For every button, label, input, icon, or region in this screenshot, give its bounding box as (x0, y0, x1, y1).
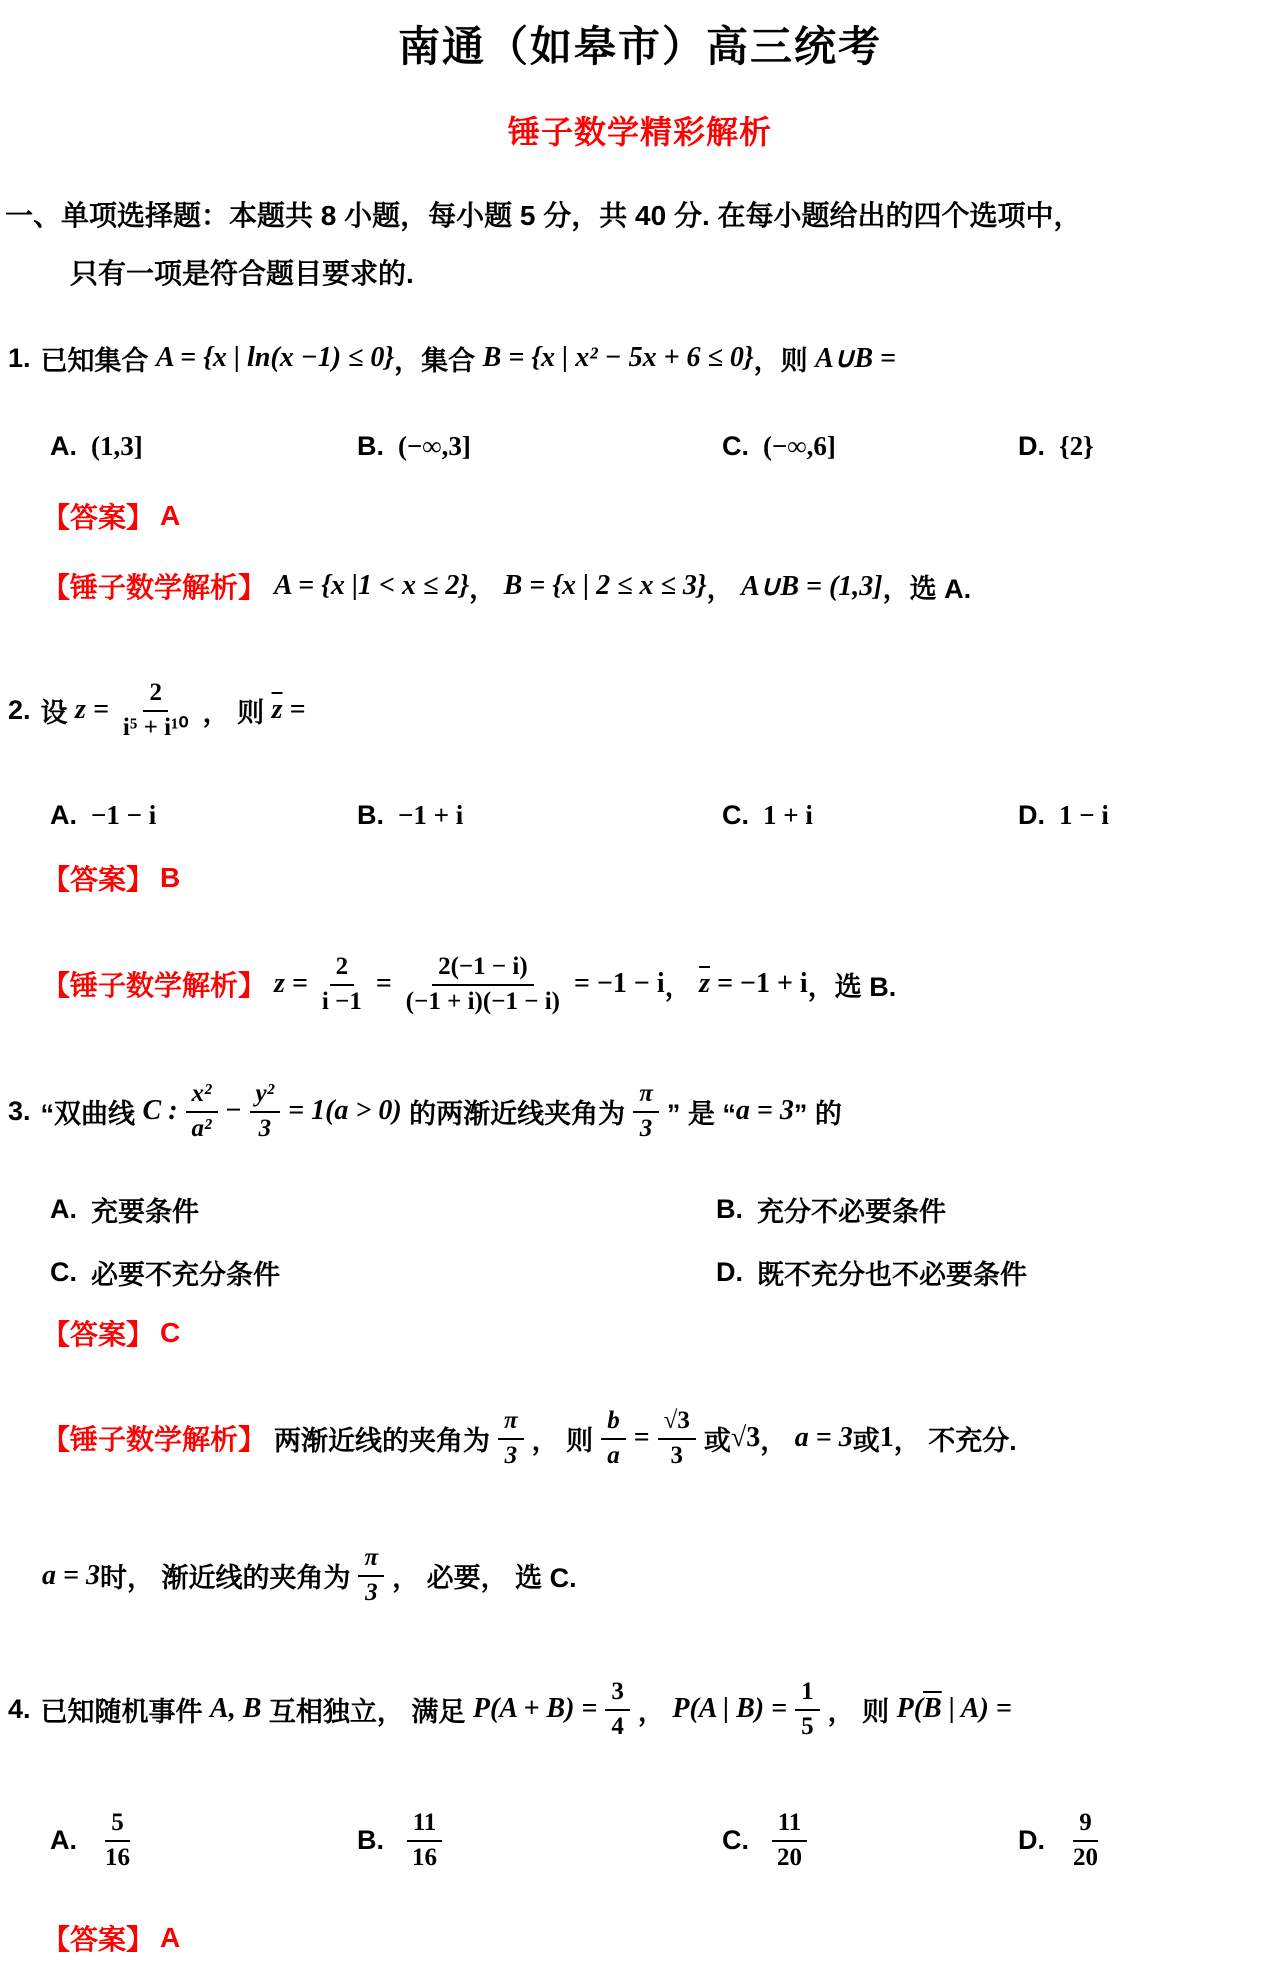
stem-text: ， 则 (828, 1690, 897, 1729)
option-letter: C. (722, 800, 749, 831)
z-conjugate: z (699, 968, 710, 1000)
fraction-numerator: 1 (795, 1677, 820, 1711)
fraction-denominator: 3 (634, 1113, 659, 1144)
answer-label: 【答案】 (42, 1918, 154, 1958)
question-2-stem: 2. 设 z = 2 i⁵ + i¹⁰ ， 则 z = (8, 652, 305, 768)
option-value: 1 + i (763, 800, 813, 831)
analysis-formula: A = {x |1 < x ≤ 2} (274, 570, 469, 602)
option-letter: C. (722, 1825, 749, 1856)
analysis-formula: = (376, 968, 392, 1000)
fraction-denominator: 5 (795, 1711, 820, 1742)
fraction: b a (601, 1406, 626, 1471)
fraction-numerator: x² (186, 1079, 218, 1113)
fraction: 2 i −1 (316, 952, 368, 1017)
option-value: 充要条件 (91, 1190, 199, 1229)
analysis-text: ，选 A. (883, 567, 972, 606)
section-text: 一、单项选择题：本题共 8 小题，每小题 5 分，共 40 分. 在每小题给出的… (5, 194, 1082, 234)
analysis-text: ， (760, 1419, 795, 1458)
question-3-options-row2: C. 必要不充分条件 D. 既不充分也不必要条件 (50, 1251, 1280, 1293)
option-b: B. (−∞,3] (357, 431, 722, 462)
document-subheader: 锤子数学精彩解析 (0, 108, 1280, 152)
question-4-stem: 4. 已知随机事件 A, B 互相独立， 满足 P(A + B) = 3 4 ，… (8, 1653, 1012, 1765)
analysis-formula: 1 (880, 1422, 894, 1454)
analysis-formula: a = 3 (42, 1560, 100, 1592)
fraction: √3 3 (658, 1406, 696, 1471)
fraction-denominator: i⁵ + i¹⁰ (117, 712, 195, 743)
option-value: −1 − i (91, 800, 156, 831)
question-1-analysis: 【锤子数学解析】 A = {x |1 < x ≤ 2} ， B = {x | 2… (42, 563, 971, 609)
option-b: B. 充分不必要条件 (716, 1190, 1280, 1229)
fraction-denominator: a (601, 1440, 626, 1471)
stem-text: ， 则 (203, 691, 272, 730)
fraction-numerator: 3 (605, 1677, 630, 1711)
analysis-label: 【锤子数学解析】 (42, 1418, 266, 1458)
stem-text: 已知集合 (41, 339, 157, 378)
fraction: 11 16 (406, 1808, 443, 1873)
question-4-answer: 【答案】 A (42, 1918, 180, 1958)
page-title: 南通（如皋市）高三统考 (398, 14, 882, 74)
option-value: 充分不必要条件 (757, 1190, 946, 1229)
analysis-text: ， (469, 567, 504, 606)
option-letter: D. (1018, 431, 1045, 462)
analysis-formula: a = 3 (795, 1422, 853, 1454)
option-letter: A. (50, 800, 77, 831)
analysis-text: 或 (704, 1419, 731, 1458)
question-number: 4. (8, 1694, 31, 1725)
question-2-analysis: 【锤子数学解析】 z = 2 i −1 = 2(−1 − i) (−1 + i)… (42, 925, 896, 1043)
option-d: D. 9 20 (1018, 1808, 1112, 1873)
fraction: π 3 (498, 1406, 524, 1471)
section-instruction-line1: 一、单项选择题：本题共 8 小题，每小题 5 分，共 40 分. 在每小题给出的… (5, 194, 1082, 234)
answer-value: C (160, 1317, 180, 1349)
option-letter: B. (357, 1825, 384, 1856)
fraction-numerator: π (633, 1079, 659, 1113)
answer-value: A (160, 1922, 180, 1954)
fraction: 9 20 (1067, 1808, 1104, 1873)
fraction-denominator: 20 (771, 1842, 808, 1873)
option-b: B. 11 16 (357, 1808, 722, 1873)
stem-text: ” 是 “ (667, 1092, 736, 1131)
option-value: 既不充分也不必要条件 (757, 1253, 1027, 1292)
option-value: {2} (1059, 431, 1094, 462)
fraction-denominator: 16 (406, 1842, 443, 1873)
option-letter: B. (357, 431, 384, 462)
fraction-denominator: 20 (1067, 1842, 1104, 1873)
option-letter: A. (50, 1825, 77, 1856)
fraction-numerator: y² (250, 1079, 281, 1113)
fraction: π 3 (358, 1543, 384, 1608)
analysis-text: 或 (853, 1419, 880, 1458)
question-2-answer: 【答案】 B (42, 858, 180, 898)
fraction: 11 20 (771, 1808, 808, 1873)
z-conjugate: z (272, 694, 283, 726)
analysis-text: ， 则 (532, 1419, 594, 1458)
stem-formula: a = 3 (736, 1095, 794, 1127)
question-1-options: A. (1,3] B. (−∞,3] C. (−∞,6] D. {2} (50, 424, 1280, 468)
analysis-text: ， (665, 965, 700, 1004)
option-value: (−∞,6] (763, 431, 836, 462)
option-c: C. 11 20 (722, 1808, 1018, 1873)
question-3-analysis-line2: a = 3 时， 渐近线的夹角为 π 3 ， 必要， 选 C. (42, 1528, 577, 1623)
analysis-formula: = −1 + i (710, 968, 808, 1000)
exam-document-page: 南通（如皋市）高三统考 锤子数学精彩解析 一、单项选择题：本题共 8 小题，每小… (0, 0, 1280, 1982)
option-d: D. 既不充分也不必要条件 (716, 1253, 1280, 1292)
fraction-numerator: 2 (330, 952, 355, 986)
option-letter: C. (50, 1257, 77, 1288)
stem-formula: = 1(a > 0) (288, 1095, 402, 1127)
option-value: 1 − i (1059, 800, 1109, 831)
analysis-text: 时， 渐近线的夹角为 (100, 1556, 351, 1595)
fraction-denominator: 4 (605, 1711, 630, 1742)
fraction-numerator: b (601, 1406, 626, 1440)
stem-text: 已知随机事件 (41, 1690, 211, 1729)
option-letter: D. (1018, 800, 1045, 831)
page-subtitle: 锤子数学精彩解析 (508, 107, 772, 153)
analysis-label: 【锤子数学解析】 (42, 566, 266, 606)
question-3-options-row1: A. 充要条件 B. 充分不必要条件 (50, 1188, 1280, 1230)
fraction-numerator: π (498, 1406, 524, 1440)
answer-value: B (160, 862, 180, 894)
question-3-answer: 【答案】 C (42, 1313, 180, 1353)
fraction-numerator: π (358, 1543, 384, 1577)
analysis-text: ，选 B. (808, 965, 897, 1004)
option-a: A. −1 − i (50, 800, 357, 831)
b-complement: B (923, 1693, 942, 1725)
stem-text: 互相独立， 满足 (261, 1690, 473, 1729)
fraction: 2 i⁵ + i¹⁰ (117, 678, 195, 743)
analysis-formula: A∪B = (1,3] (741, 569, 882, 603)
fraction-denominator: i −1 (316, 986, 368, 1017)
analysis-text: 两渐近线的夹角为 (274, 1419, 490, 1458)
question-1-stem: 1. 已知集合 A = {x | ln(x −1) ≤ 0} ，集合 B = {… (8, 336, 896, 380)
stem-formula: P(A | B) = (672, 1693, 787, 1725)
stem-formula: C : (143, 1095, 178, 1127)
option-b: B. −1 + i (357, 800, 722, 831)
fraction-denominator: 3 (253, 1113, 278, 1144)
option-a: A. 充要条件 (50, 1190, 716, 1229)
analysis-text: ， 必要， 选 C. (392, 1556, 577, 1595)
option-a: A. (1,3] (50, 431, 357, 462)
stem-text: ” 的 (794, 1092, 842, 1131)
analysis-text: ， 不充分. (894, 1419, 1017, 1458)
minus-sign: − (226, 1095, 242, 1127)
question-2-options: A. −1 − i B. −1 + i C. 1 + i D. 1 − i (50, 793, 1280, 837)
option-value: 必要不充分条件 (91, 1253, 280, 1292)
question-number: 1. (8, 343, 31, 374)
analysis-formula: √3 (731, 1422, 760, 1454)
question-4-options: A. 5 16 B. 11 16 C. 11 20 D. 9 20 (50, 1795, 1280, 1885)
answer-value: A (160, 500, 180, 532)
fraction: π 3 (633, 1079, 659, 1144)
option-value: (1,3] (91, 431, 143, 462)
analysis-label: 【锤子数学解析】 (42, 964, 266, 1004)
stem-formula: A, B (210, 1693, 261, 1725)
analysis-formula: = (634, 1422, 650, 1454)
question-3-stem: 3. “双曲线 C : x² a² − y² 3 = 1(a > 0) 的两渐近… (8, 1056, 842, 1166)
option-letter: B. (357, 800, 384, 831)
option-letter: B. (716, 1194, 743, 1225)
stem-formula: = (282, 694, 305, 726)
stem-formula: A = {x | ln(x −1) ≤ 0} (156, 342, 394, 374)
stem-text: ， (638, 1690, 673, 1729)
stem-text: “双曲线 (41, 1092, 143, 1131)
fraction: x² a² (186, 1079, 218, 1144)
section-instruction-line2: 只有一项是符合题目要求的. (70, 252, 414, 292)
stem-formula: P( (897, 1693, 923, 1725)
option-value: −1 + i (398, 800, 463, 831)
fraction: 2(−1 − i) (−1 + i)(−1 − i) (400, 952, 566, 1017)
fraction-denominator: 3 (359, 1577, 384, 1608)
fraction-denominator: 3 (499, 1440, 524, 1471)
option-letter: D. (716, 1257, 743, 1288)
stem-text: 的两渐近线夹角为 (402, 1092, 626, 1131)
document-header: 南通（如皋市）高三统考 (0, 16, 1280, 72)
option-c: C. 必要不充分条件 (50, 1253, 716, 1292)
option-letter: A. (50, 431, 77, 462)
fraction-denominator: a² (186, 1113, 218, 1144)
option-d: D. 1 − i (1018, 800, 1109, 831)
fraction-numerator: √3 (658, 1406, 696, 1440)
fraction-numerator: 11 (772, 1808, 808, 1842)
fraction-denominator: (−1 + i)(−1 − i) (400, 986, 566, 1017)
question-number: 2. (8, 695, 31, 726)
fraction: 3 4 (605, 1677, 630, 1742)
fraction: 1 5 (795, 1677, 820, 1742)
question-1-answer: 【答案】 A (42, 496, 180, 536)
fraction-numerator: 9 (1073, 1808, 1098, 1842)
analysis-formula: z = (274, 968, 308, 1000)
stem-formula: z = (75, 694, 109, 726)
option-letter: D. (1018, 1825, 1045, 1856)
fraction-numerator: 11 (407, 1808, 443, 1842)
stem-formula: P(A + B) = (473, 1693, 597, 1725)
analysis-formula: = −1 − i (574, 968, 665, 1000)
analysis-text: ， (707, 567, 742, 606)
stem-text: 设 (41, 691, 76, 730)
fraction-denominator: 16 (99, 1842, 136, 1873)
stem-formula: B = {x | x² − 5x + 6 ≤ 0} (483, 342, 754, 374)
option-c: C. 1 + i (722, 800, 1018, 831)
fraction-numerator: 2 (143, 678, 168, 712)
answer-label: 【答案】 (42, 858, 154, 898)
option-d: D. {2} (1018, 431, 1094, 462)
fraction-denominator: 3 (665, 1440, 690, 1471)
stem-formula: | A) = (942, 1693, 1012, 1725)
analysis-formula: B = {x | 2 ≤ x ≤ 3} (504, 570, 707, 602)
stem-formula: A∪B = (815, 341, 896, 375)
section-text: 只有一项是符合题目要求的. (70, 252, 414, 292)
fraction: y² 3 (250, 1079, 281, 1144)
stem-text: ，则 (754, 339, 816, 378)
option-letter: A. (50, 1194, 77, 1225)
fraction-numerator: 5 (105, 1808, 130, 1842)
option-letter: C. (722, 431, 749, 462)
question-number: 3. (8, 1096, 31, 1127)
answer-label: 【答案】 (42, 496, 154, 536)
fraction: 5 16 (99, 1808, 136, 1873)
option-a: A. 5 16 (50, 1808, 357, 1873)
question-3-analysis-line1: 【锤子数学解析】 两渐近线的夹角为 π 3 ， 则 b a = √3 3 或 √… (42, 1388, 1017, 1488)
option-c: C. (−∞,6] (722, 431, 1018, 462)
stem-text: ，集合 (394, 339, 483, 378)
answer-label: 【答案】 (42, 1313, 154, 1353)
fraction-numerator: 2(−1 − i) (432, 952, 534, 986)
option-value: (−∞,3] (398, 431, 471, 462)
